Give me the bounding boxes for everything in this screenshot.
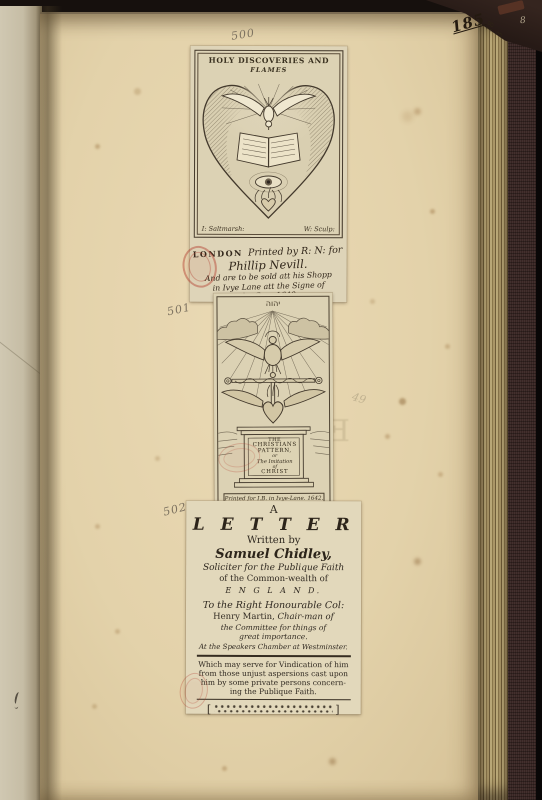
author-role-line1: Soliciter for the Publique Faith bbox=[186, 563, 361, 574]
curatorial-number-3: 502 bbox=[162, 500, 188, 518]
printer-ornament-row: [ ] bbox=[186, 703, 361, 716]
edge-inscription-3: 8 bbox=[519, 16, 526, 27]
author-name: Samuel Chidley, bbox=[186, 547, 361, 563]
clipping-holy-discoveries: HOLY DISCOVERIES AND FLAMES bbox=[190, 46, 348, 303]
rule-divider bbox=[196, 698, 350, 700]
engraving-frame: HOLY DISCOVERIES AND FLAMES bbox=[194, 50, 344, 239]
dedicatee-name: Henry Martin, bbox=[213, 612, 275, 622]
dedication-line3: the Committee for things of bbox=[186, 623, 361, 632]
rule-divider bbox=[196, 655, 350, 657]
heart-emblem-engraving bbox=[196, 78, 342, 229]
album-page: E 49 500 501 502 HOLY DISCOVERIES AND FL… bbox=[40, 12, 480, 800]
book-cover bbox=[508, 0, 538, 800]
dedication-line4: great importance. bbox=[186, 632, 361, 641]
fleuron-strip bbox=[214, 705, 332, 714]
clipping-christians-pattern: יהוה bbox=[213, 293, 333, 515]
engraving-title-line2: FLAMES bbox=[195, 66, 342, 75]
page-block-fore-edge bbox=[478, 12, 510, 800]
engraving-frame: יהוה bbox=[216, 296, 330, 512]
clipping-chidley-letter: A L E T T E R Written by Samuel Chidley,… bbox=[186, 501, 362, 714]
winged-heart-icon bbox=[222, 383, 325, 424]
dedication-line1: To the Right Honourable Col: bbox=[186, 599, 361, 612]
dedication-line2: Henry Martin, Chair-man of bbox=[186, 612, 361, 623]
engraver-signature-left: I: Saltmarsh: bbox=[202, 225, 245, 233]
curatorial-number-1: 500 bbox=[230, 26, 256, 43]
gutter-shadow bbox=[36, 6, 62, 800]
engraving-title-line1: HOLY DISCOVERIES AND bbox=[195, 56, 342, 66]
author-role-line3: E N G L A N D. bbox=[186, 585, 361, 596]
curatorial-number-2: 501 bbox=[166, 301, 192, 319]
byline-label: Written by bbox=[186, 535, 361, 547]
author-role-line2: of the Common-wealth of bbox=[186, 574, 361, 585]
dedicatee-title: Chair-man of bbox=[275, 612, 334, 622]
marginal-ink-mark bbox=[14, 692, 22, 705]
pedestal-line: CHRIST bbox=[248, 470, 301, 476]
note-line4: ing the Publique Faith. bbox=[186, 686, 361, 695]
serpent-scroll-crossbar bbox=[225, 377, 322, 384]
ornament-bracket-left: [ bbox=[207, 703, 211, 716]
faint-pencil-note: 49 bbox=[350, 390, 367, 406]
engraver-signature-right: W: Sculp: bbox=[304, 225, 335, 233]
note-line1: Which may serve for Vindication of him bbox=[186, 659, 361, 668]
tetragrammaton: יהוה bbox=[217, 299, 328, 309]
note-line2: from those unjust aspersions cast upon bbox=[186, 668, 361, 677]
book-photograph: E 49 500 501 502 HOLY DISCOVERIES AND FL… bbox=[0, 0, 542, 800]
title-main: L E T T E R bbox=[186, 516, 361, 535]
note-line3: him by some private persons concern- bbox=[186, 677, 361, 686]
open-book-icon bbox=[237, 133, 300, 167]
ornament-bracket-right: ] bbox=[335, 703, 339, 716]
dedication-line5: At the Speakers Chamber at Westminster. bbox=[186, 643, 361, 652]
cover-outer-edge bbox=[536, 0, 542, 800]
